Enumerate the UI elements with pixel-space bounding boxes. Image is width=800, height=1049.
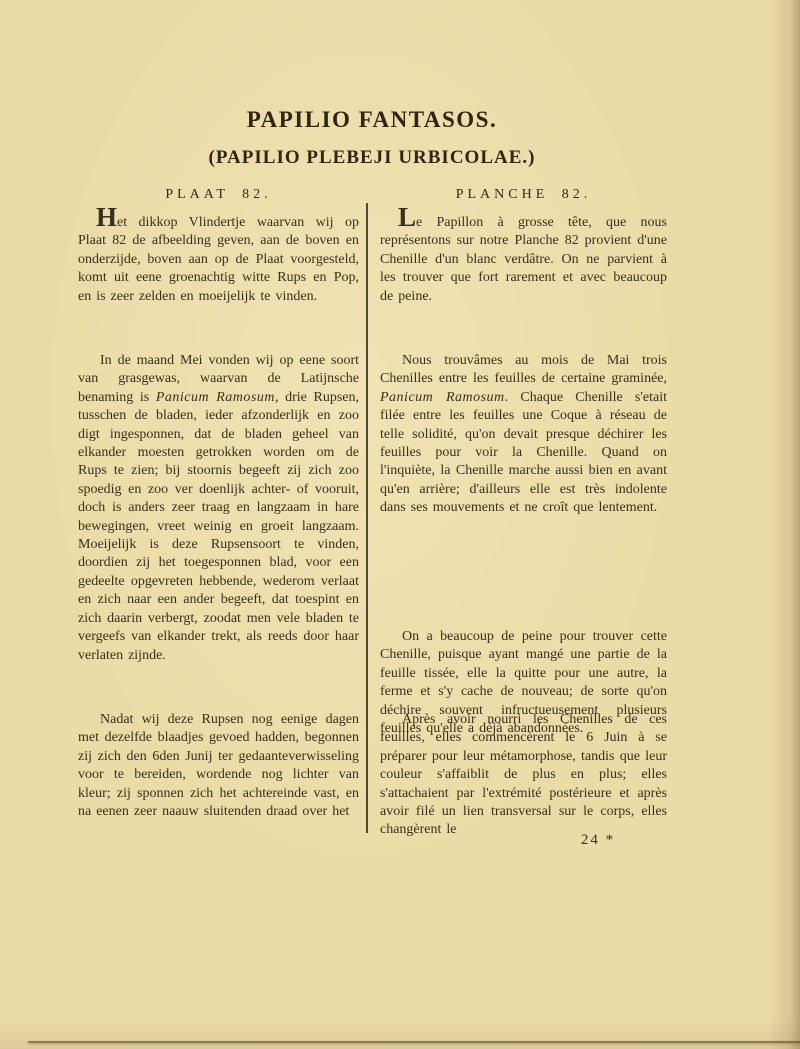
french-column-header: PLANCHE 82. (380, 187, 667, 203)
species-name-latin: Panicum Ramosum (380, 390, 505, 405)
paragraph-text: Het dikkop Vlindertje waarvan wij op Pla… (78, 215, 359, 304)
paragraph-text: Après avoir nourri les Chenilles de ces … (380, 712, 667, 837)
column-divider-rule (366, 203, 368, 833)
dutch-column-header: PLAAT 82. (78, 187, 359, 203)
paragraph-dutch-3: Nadat wij deze Rupsen nog eenige dagen m… (78, 711, 359, 821)
species-name-latin: Panicum Ramosum (156, 390, 275, 405)
paragraph-french-4: Après avoir nourri les Chenilles de ces … (380, 711, 667, 840)
page-subtitle: (PAPILIO PLEBEJI URBICOLAE.) (62, 146, 682, 170)
sheet-signature-number: 24 * (528, 832, 668, 849)
paragraph-dutch-1: Het dikkop Vlindertje waarvan wij op Pla… (78, 212, 359, 306)
scan-bottom-edge-line (28, 1041, 800, 1043)
paragraph-dutch-2: In de maand Mei vonden wij op eene soort… (78, 352, 359, 665)
page-title: PAPILIO FANTASOS. (62, 106, 682, 134)
scan-edge-shadow (790, 0, 800, 1049)
paragraph-french-1: Le Papillon à grosse tête, que nous repr… (380, 212, 667, 306)
paragraph-text: Le Papillon à grosse tête, que nous repr… (380, 215, 667, 304)
scanned-book-page: PAPILIO FANTASOS. (PAPILIO PLEBEJI URBIC… (0, 0, 800, 1049)
paragraph-text: Nous trouvâmes au mois de Mai trois Chen… (380, 353, 667, 386)
paragraph-text: . Chaque Chenille s'etait filée entre le… (380, 390, 667, 515)
paragraph-french-2: Nous trouvâmes au mois de Mai trois Chen… (380, 352, 667, 518)
title-block: PAPILIO FANTASOS. (PAPILIO PLEBEJI URBIC… (62, 106, 682, 170)
paragraph-text: , drie Rupsen, tusschen de bladen, ieder… (78, 390, 359, 663)
paragraph-text: Nadat wij deze Rupsen nog eenige dagen m… (78, 712, 359, 819)
